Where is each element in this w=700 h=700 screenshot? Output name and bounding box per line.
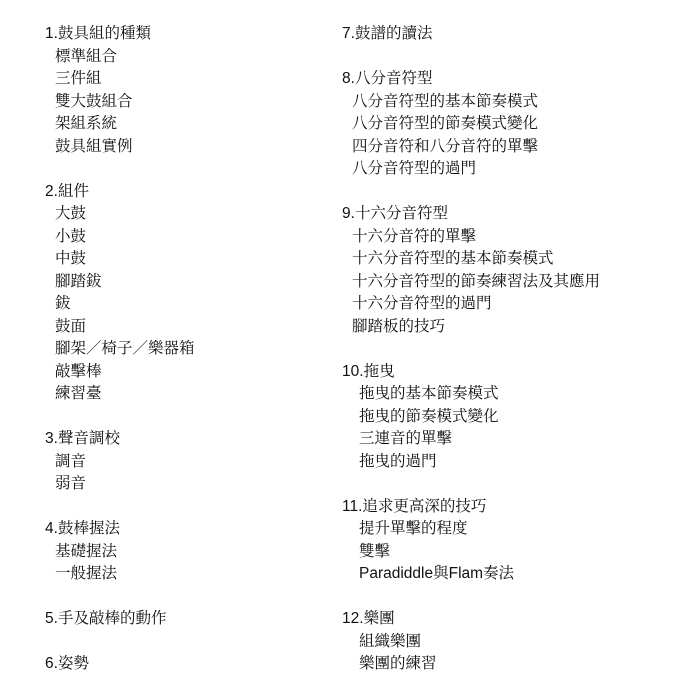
toc-section: 7.鼓譜的讀法 bbox=[342, 23, 600, 46]
toc-item: 組織樂團 bbox=[342, 631, 600, 654]
toc-section-heading: 1.鼓具組的種類 bbox=[45, 23, 195, 46]
toc-item: 十六分音符的單擊 bbox=[342, 226, 600, 249]
toc-item: 拖曳的基本節奏模式 bbox=[342, 383, 600, 406]
toc-section: 8.八分音符型八分音符型的基本節奏模式八分音符型的節奏模式變化四分音符和八分音符… bbox=[342, 68, 600, 181]
toc-section: 5.手及敲棒的動作 bbox=[45, 608, 195, 631]
toc-section-number: 6. bbox=[45, 655, 58, 672]
toc-section-heading: 4.鼓棒握法 bbox=[45, 518, 195, 541]
toc-section: 4.鼓棒握法基礎握法一般握法 bbox=[45, 518, 195, 586]
toc-page: 1.鼓具組的種類標準組合三件組雙大鼓組合架組系統鼓具組實例2.組件大鼓小鼓中鼓腳… bbox=[0, 0, 700, 700]
toc-section-title: 手及敲棒的動作 bbox=[58, 610, 167, 627]
toc-item: 鼓具組實例 bbox=[45, 136, 195, 159]
toc-section-heading: 11.追求更高深的技巧 bbox=[342, 496, 600, 519]
toc-item: 三件組 bbox=[45, 68, 195, 91]
toc-item: 三連音的單擊 bbox=[342, 428, 600, 451]
toc-item: 雙擊 bbox=[342, 541, 600, 564]
toc-section-heading: 8.八分音符型 bbox=[342, 68, 600, 91]
toc-section: 3.聲音調校調音弱音 bbox=[45, 428, 195, 496]
toc-item: 標準組合 bbox=[45, 46, 195, 69]
toc-item: 八分音符型的基本節奏模式 bbox=[342, 91, 600, 114]
toc-section-number: 3. bbox=[45, 430, 58, 447]
toc-item: 大鼓 bbox=[45, 203, 195, 226]
toc-item: 一般握法 bbox=[45, 563, 195, 586]
toc-item: 雙大鼓組合 bbox=[45, 91, 195, 114]
toc-item: 八分音符型的節奏模式變化 bbox=[342, 113, 600, 136]
toc-section-heading: 6.姿勢 bbox=[45, 653, 195, 676]
toc-section-heading: 3.聲音調校 bbox=[45, 428, 195, 451]
toc-item: 鼓面 bbox=[45, 316, 195, 339]
toc-item: Paradiddle與Flam奏法 bbox=[342, 563, 600, 586]
toc-item: 弱音 bbox=[45, 473, 195, 496]
toc-section-heading: 7.鼓譜的讀法 bbox=[342, 23, 600, 46]
toc-section-title: 鼓棒握法 bbox=[58, 520, 120, 537]
toc-item: 拖曳的過門 bbox=[342, 451, 600, 474]
toc-section-title: 姿勢 bbox=[58, 655, 89, 672]
toc-section: 2.組件大鼓小鼓中鼓腳踏鈸鈸鼓面腳架／椅子／樂器箱敲擊棒練習臺 bbox=[45, 181, 195, 406]
toc-section-title: 組件 bbox=[58, 183, 89, 200]
toc-section-heading: 2.組件 bbox=[45, 181, 195, 204]
toc-item: 八分音符型的過門 bbox=[342, 158, 600, 181]
toc-section-number: 5. bbox=[45, 610, 58, 627]
toc-item: 腳踏鈸 bbox=[45, 271, 195, 294]
toc-item: 十六分音符型的過門 bbox=[342, 293, 600, 316]
toc-section-heading: 12.樂團 bbox=[342, 608, 600, 631]
toc-section-number: 12. bbox=[342, 610, 364, 627]
toc-item: 腳踏板的技巧 bbox=[342, 316, 600, 339]
toc-item: 小鼓 bbox=[45, 226, 195, 249]
toc-item: 十六分音符型的節奏練習法及其應用 bbox=[342, 271, 600, 294]
toc-section: 12.樂團組織樂團樂團的練習 bbox=[342, 608, 600, 676]
toc-section-number: 9. bbox=[342, 205, 355, 222]
toc-item: 敲擊棒 bbox=[45, 361, 195, 384]
toc-section-title: 追求更高深的技巧 bbox=[362, 498, 486, 515]
toc-section-title: 八分音符型 bbox=[355, 70, 433, 87]
toc-item: 練習臺 bbox=[45, 383, 195, 406]
toc-section-title: 聲音調校 bbox=[58, 430, 120, 447]
toc-section-heading: 9.十六分音符型 bbox=[342, 203, 600, 226]
toc-section-heading: 5.手及敲棒的動作 bbox=[45, 608, 195, 631]
toc-item: 十六分音符型的基本節奏模式 bbox=[342, 248, 600, 271]
toc-item: 四分音符和八分音符的單擊 bbox=[342, 136, 600, 159]
toc-item: 拖曳的節奏模式變化 bbox=[342, 406, 600, 429]
toc-section-title: 十六分音符型 bbox=[355, 205, 448, 222]
toc-section-number: 1. bbox=[45, 25, 58, 42]
toc-section-title: 鼓具組的種類 bbox=[58, 25, 151, 42]
toc-section: 11.追求更高深的技巧提升單擊的程度雙擊Paradiddle與Flam奏法 bbox=[342, 496, 600, 586]
toc-item: 腳架／椅子／樂器箱 bbox=[45, 338, 195, 361]
toc-item: 鈸 bbox=[45, 293, 195, 316]
toc-item: 調音 bbox=[45, 451, 195, 474]
toc-section-number: 2. bbox=[45, 183, 58, 200]
toc-section-title: 樂團 bbox=[364, 610, 395, 627]
toc-item: 基礎握法 bbox=[45, 541, 195, 564]
toc-item: 樂團的練習 bbox=[342, 653, 600, 676]
toc-section-title: 鼓譜的讀法 bbox=[355, 25, 433, 42]
toc-section: 1.鼓具組的種類標準組合三件組雙大鼓組合架組系統鼓具組實例 bbox=[45, 23, 195, 158]
toc-section-number: 4. bbox=[45, 520, 58, 537]
toc-column-left: 1.鼓具組的種類標準組合三件組雙大鼓組合架組系統鼓具組實例2.組件大鼓小鼓中鼓腳… bbox=[45, 23, 195, 698]
toc-item: 架組系統 bbox=[45, 113, 195, 136]
toc-column-right: 7.鼓譜的讀法8.八分音符型八分音符型的基本節奏模式八分音符型的節奏模式變化四分… bbox=[342, 23, 600, 698]
toc-section-heading: 10.拖曳 bbox=[342, 361, 600, 384]
toc-section-number: 8. bbox=[342, 70, 355, 87]
toc-section: 9.十六分音符型十六分音符的單擊十六分音符型的基本節奏模式十六分音符型的節奏練習… bbox=[342, 203, 600, 338]
toc-section-number: 10. bbox=[342, 363, 364, 380]
toc-item: 中鼓 bbox=[45, 248, 195, 271]
toc-section-title: 拖曳 bbox=[364, 363, 395, 380]
toc-section: 6.姿勢 bbox=[45, 653, 195, 676]
toc-section-number: 7. bbox=[342, 25, 355, 42]
toc-section: 10.拖曳拖曳的基本節奏模式拖曳的節奏模式變化三連音的單擊拖曳的過門 bbox=[342, 361, 600, 474]
toc-item: 提升單擊的程度 bbox=[342, 518, 600, 541]
toc-section-number: 11. bbox=[342, 498, 362, 515]
